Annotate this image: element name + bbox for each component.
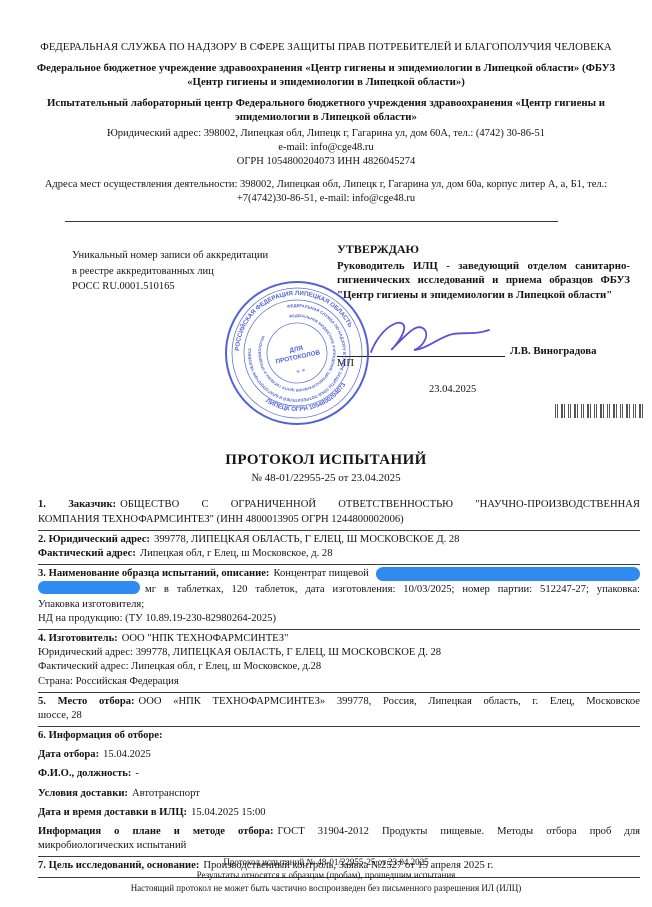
- footer-line: Настоящий протокол не может быть частичн…: [0, 882, 652, 895]
- field-label: Дата и время доставки в ИЛЦ:: [38, 807, 187, 818]
- footer-line: Результаты относятся к образцам (пробам)…: [0, 869, 652, 882]
- stamp-place-label: МП: [337, 358, 630, 369]
- field-label: Фактический адрес:: [38, 548, 136, 559]
- section: 3. Наименование образца испытаний, описа…: [38, 565, 640, 630]
- field-label: Информация о плане и методе отбора:: [38, 826, 274, 837]
- field-value: Липецкая обл, г Елец, ш Московское, д. 2…: [140, 548, 333, 559]
- section-line: 1. Заказчик:ОБЩЕСТВО С ОГРАНИЧЕННОЙ ОТВЕ…: [38, 498, 640, 512]
- section-line: Фактический адрес: Липецкая обл, г Елец,…: [38, 660, 640, 674]
- header-divider: [65, 221, 558, 222]
- signature-row: Л.В. Виноградова: [337, 342, 630, 357]
- page-footer: Протокол испытаний № 48-01/22955-25 от 2…: [0, 856, 652, 895]
- section-line: Фактический адрес:Липецкая обл, г Елец, …: [38, 547, 640, 561]
- protocol-number: № 48-01/22955-25 от 23.04.2025: [0, 472, 652, 484]
- section-line: микробиологических испытаний: [38, 839, 640, 853]
- field-value: шоссе, 28: [38, 710, 82, 721]
- section-line: Дата отбора:15.04.2025: [38, 748, 640, 762]
- section-line: 6. Информация об отборе:: [38, 729, 640, 743]
- field-label: 1. Заказчик:: [38, 499, 116, 510]
- field-value: ГОСТ 31904-2012 Продукты пищевые. Методы…: [278, 826, 640, 837]
- section-line: Условия доставки:Автотранспорт: [38, 787, 640, 801]
- signer-name: Л.В. Виноградова: [510, 345, 597, 357]
- section-line: Страна: Российская Федерация: [38, 675, 640, 689]
- section: 6. Информация об отборе:Дата отбора:15.0…: [38, 727, 640, 857]
- field-value: НД на продукцию: (ТУ 10.89.19-230-829802…: [38, 613, 276, 624]
- accreditation-line: Уникальный номер записи об аккредитации: [72, 248, 337, 263]
- section-line: шоссе, 28: [38, 709, 640, 723]
- document-page: ФЕДЕРАЛЬНАЯ СЛУЖБА ПО НАДЗОРУ В СФЕРЕ ЗА…: [0, 0, 652, 907]
- field-value: Юридический адрес: 399778, ЛИПЕЦКАЯ ОБЛА…: [38, 647, 441, 658]
- field-value: Упаковка изготовителя;: [38, 599, 144, 610]
- field-value: Концентрат пищевой: [273, 567, 368, 581]
- lab-center-name: Испытательный лабораторный центр Федерал…: [22, 96, 630, 124]
- legal-address: Юридический адрес: 398002, Липецкая обл,…: [22, 127, 630, 141]
- section: 5. Место отбора:ООО «НПК ТЕХНОФАРМСИНТЕЗ…: [38, 693, 640, 727]
- section-line: НД на продукцию: (ТУ 10.89.19-230-829802…: [38, 612, 640, 626]
- section: 1. Заказчик:ОБЩЕСТВО С ОГРАНИЧЕННОЙ ОТВЕ…: [38, 496, 640, 530]
- section: 2. Юридический адрес:399778, ЛИПЕЦКАЯ ОБ…: [38, 531, 640, 565]
- section-line: мг в таблетках, 120 таблеток, дата изгот…: [38, 581, 640, 597]
- round-stamp: РОССИЙСКАЯ ФЕДЕРАЦИЯ ЛИПЕЦКАЯ ОБЛАСТЬ ЛИ…: [208, 264, 386, 442]
- field-value: 15.04.2025 15:00: [191, 807, 265, 818]
- field-label: 2. Юридический адрес:: [38, 534, 150, 545]
- field-label: Дата отбора:: [38, 749, 99, 760]
- field-value: КОМПАНИЯ ТЕХНОФАРМСИНТЕЗ" (ИНН 480001390…: [38, 514, 404, 525]
- field-label: Условия доставки:: [38, 788, 128, 799]
- field-label: Ф.И.О., должность:: [38, 768, 131, 779]
- field-value: Фактический адрес: Липецкая обл, г Елец,…: [38, 661, 321, 672]
- section-line: КОМПАНИЯ ТЕХНОФАРМСИНТЕЗ" (ИНН 480001390…: [38, 513, 640, 527]
- barcode: [555, 404, 645, 418]
- field-label: 6. Информация об отборе:: [38, 730, 163, 741]
- section-line: 5. Место отбора:ООО «НПК ТЕХНОФАРМСИНТЕЗ…: [38, 695, 640, 709]
- protocol-title: ПРОТОКОЛ ИСПЫТАНИЙ: [0, 452, 652, 469]
- field-value: ОБЩЕСТВО С ОГРАНИЧЕННОЙ ОТВЕТСТВЕННОСТЬЮ…: [120, 499, 640, 510]
- field-value: мг в таблетках, 120 таблеток, дата изгот…: [145, 584, 640, 595]
- federal-service-name: ФЕДЕРАЛЬНАЯ СЛУЖБА ПО НАДЗОРУ В СФЕРЕ ЗА…: [22, 40, 630, 54]
- approve-title: УТВЕРЖДАЮ: [337, 242, 630, 257]
- field-value: ООО «НПК ТЕХНОФАРМСИНТЕЗ» 399778, Россия…: [139, 696, 640, 707]
- approver-position: Руководитель ИЛЦ - заведующий отделом са…: [337, 259, 630, 301]
- section-line: Дата и время доставки в ИЛЦ:15.04.2025 1…: [38, 806, 640, 820]
- sections: 1. Заказчик:ОБЩЕСТВО С ОГРАНИЧЕННОЙ ОТВЕ…: [38, 496, 640, 877]
- section-line: Информация о плане и методе отбора:ГОСТ …: [38, 825, 640, 839]
- field-label: 5. Место отбора:: [38, 696, 135, 707]
- section-line: Ф.И.О., должность:-: [38, 767, 640, 781]
- footer-line: Протокол испытаний № 48-01/22955-25 от 2…: [0, 856, 652, 869]
- section-line: 4. Изготовитель:ООО "НПК ТЕХНОФАРМСИНТЕЗ…: [38, 632, 640, 646]
- ogrn-inn: ОГРН 1054800204073 ИНН 4826045274: [22, 155, 630, 169]
- field-label: 4. Изготовитель:: [38, 633, 118, 644]
- section: 4. Изготовитель:ООО "НПК ТЕХНОФАРМСИНТЕЗ…: [38, 630, 640, 693]
- field-value: Страна: Российская Федерация: [38, 676, 179, 687]
- activity-addresses: Адреса мест осуществления деятельности: …: [22, 178, 630, 206]
- field-value: ООО "НПК ТЕХНОФАРМСИНТЕЗ": [122, 633, 289, 644]
- section-line: Юридический адрес: 399778, ЛИПЕЦКАЯ ОБЛА…: [38, 646, 640, 660]
- redaction-bar: [376, 567, 640, 581]
- field-value: микробиологических испытаний: [38, 840, 186, 851]
- section-line: Упаковка изготовителя;: [38, 598, 640, 612]
- field-value: -: [135, 768, 139, 779]
- field-value: Автотранспорт: [132, 788, 200, 799]
- section-line: 3. Наименование образца испытаний, описа…: [38, 567, 640, 581]
- organization-name: Федеральное бюджетное учреждение здравоо…: [22, 61, 630, 89]
- field-label: 3. Наименование образца испытаний, описа…: [38, 567, 269, 581]
- section-line: 2. Юридический адрес:399778, ЛИПЕЦКАЯ ОБ…: [38, 533, 640, 547]
- email: e-mail: info@cge48.ru: [22, 141, 630, 155]
- stamp-stars: ✳ ✳: [296, 368, 307, 376]
- field-value: 15.04.2025: [103, 749, 151, 760]
- field-value: 399778, ЛИПЕЦКАЯ ОБЛАСТЬ, Г ЕЛЕЦ, Ш МОСК…: [154, 534, 459, 545]
- redaction-bar: [38, 581, 140, 594]
- approval-date: 23.04.2025: [429, 384, 630, 395]
- letterhead: ФЕДЕРАЛЬНАЯ СЛУЖБА ПО НАДЗОРУ В СФЕРЕ ЗА…: [0, 0, 652, 205]
